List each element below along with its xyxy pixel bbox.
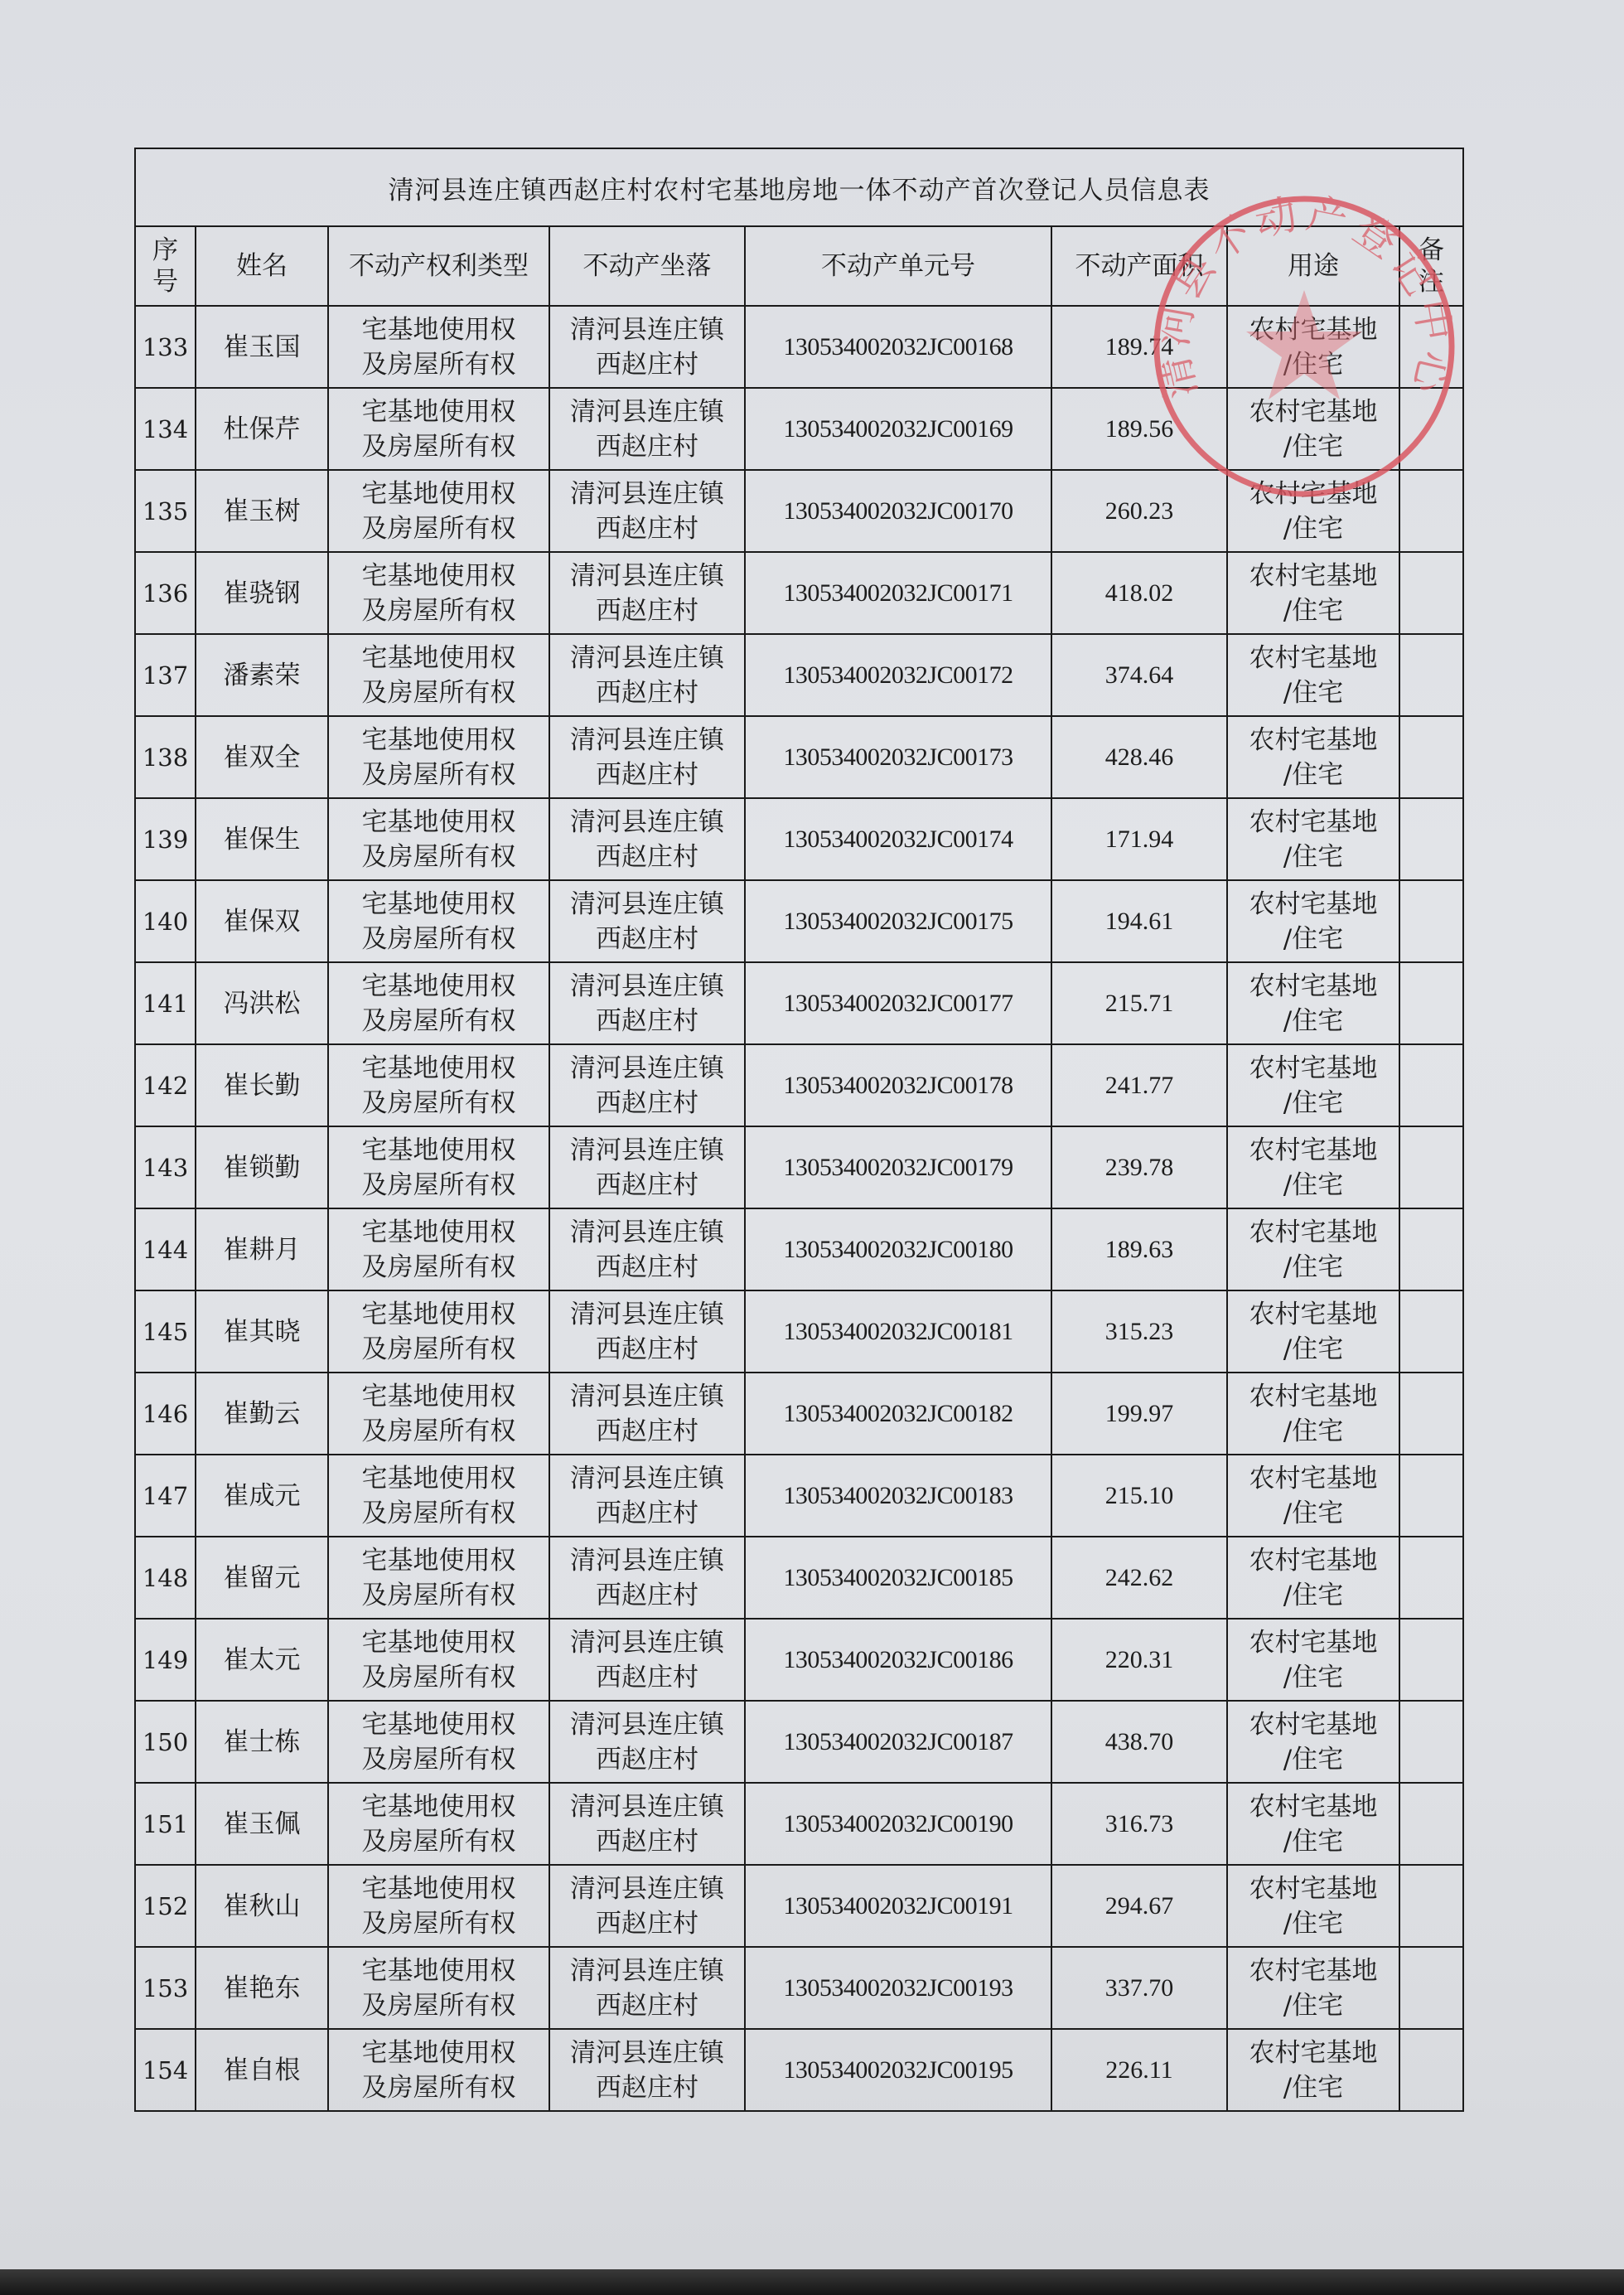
row-name: 崔太元	[196, 1619, 328, 1701]
table-row: 133崔玉国宅基地使用权及房屋所有权清河县连庄镇西赵庄村130534002032…	[135, 306, 1463, 388]
table-row: 145崔其晓宅基地使用权及房屋所有权清河县连庄镇西赵庄村130534002032…	[135, 1290, 1463, 1373]
row-usage: 农村宅基地/住宅	[1227, 1208, 1399, 1290]
row-remark	[1399, 1783, 1463, 1865]
row-remark	[1399, 388, 1463, 470]
row-unit-no: 130534002032JC00182	[745, 1373, 1051, 1455]
row-right-type: 宅基地使用权及房屋所有权	[328, 1044, 549, 1126]
row-right-type: 宅基地使用权及房屋所有权	[328, 1537, 549, 1619]
row-unit-no: 130534002032JC00181	[745, 1290, 1051, 1373]
row-right-type: 宅基地使用权及房屋所有权	[328, 388, 549, 470]
row-area: 194.61	[1051, 880, 1227, 962]
table-row: 142崔长勤宅基地使用权及房屋所有权清河县连庄镇西赵庄村130534002032…	[135, 1044, 1463, 1126]
row-area: 189.74	[1051, 306, 1227, 388]
row-remark	[1399, 1126, 1463, 1208]
row-right-type: 宅基地使用权及房屋所有权	[328, 1290, 549, 1373]
row-right-type: 宅基地使用权及房屋所有权	[328, 1947, 549, 2029]
row-name: 潘素荣	[196, 634, 328, 716]
header-usage: 用途	[1227, 226, 1399, 306]
row-usage: 农村宅基地/住宅	[1227, 1044, 1399, 1126]
row-remark	[1399, 470, 1463, 552]
row-unit-no: 130534002032JC00179	[745, 1126, 1051, 1208]
row-name: 崔锁勤	[196, 1126, 328, 1208]
row-remark	[1399, 1947, 1463, 2029]
row-no: 136	[135, 552, 196, 634]
row-no: 140	[135, 880, 196, 962]
row-no: 150	[135, 1701, 196, 1783]
row-right-type: 宅基地使用权及房屋所有权	[328, 962, 549, 1044]
row-no: 134	[135, 388, 196, 470]
row-no: 148	[135, 1537, 196, 1619]
row-name: 崔双全	[196, 716, 328, 798]
row-location: 清河县连庄镇西赵庄村	[549, 388, 745, 470]
row-area: 374.64	[1051, 634, 1227, 716]
row-name: 崔成元	[196, 1455, 328, 1537]
row-usage: 农村宅基地/住宅	[1227, 1126, 1399, 1208]
table-row: 147崔成元宅基地使用权及房屋所有权清河县连庄镇西赵庄村130534002032…	[135, 1455, 1463, 1537]
row-location: 清河县连庄镇西赵庄村	[549, 634, 745, 716]
row-location: 清河县连庄镇西赵庄村	[549, 798, 745, 880]
row-remark	[1399, 634, 1463, 716]
table-row: 149崔太元宅基地使用权及房屋所有权清河县连庄镇西赵庄村130534002032…	[135, 1619, 1463, 1701]
row-usage: 农村宅基地/住宅	[1227, 306, 1399, 388]
row-usage: 农村宅基地/住宅	[1227, 1619, 1399, 1701]
row-no: 138	[135, 716, 196, 798]
row-location: 清河县连庄镇西赵庄村	[549, 1865, 745, 1947]
row-location: 清河县连庄镇西赵庄村	[549, 1455, 745, 1537]
table-row: 154崔自根宅基地使用权及房屋所有权清河县连庄镇西赵庄村130534002032…	[135, 2029, 1463, 2111]
row-right-type: 宅基地使用权及房屋所有权	[328, 1208, 549, 1290]
table-row: 136崔骁钢宅基地使用权及房屋所有权清河县连庄镇西赵庄村130534002032…	[135, 552, 1463, 634]
row-no: 144	[135, 1208, 196, 1290]
row-unit-no: 130534002032JC00191	[745, 1865, 1051, 1947]
row-unit-no: 130534002032JC00173	[745, 716, 1051, 798]
header-row: 序 号 姓名 不动产权利类型 不动产坐落 不动产单元号 不动产面积 用途 备 注	[135, 226, 1463, 306]
row-location: 清河县连庄镇西赵庄村	[549, 552, 745, 634]
row-location: 清河县连庄镇西赵庄村	[549, 1619, 745, 1701]
table-title: 清河县连庄镇西赵庄村农村宅基地房地一体不动产首次登记人员信息表	[135, 148, 1463, 226]
row-name: 崔玉佩	[196, 1783, 328, 1865]
row-unit-no: 130534002032JC00183	[745, 1455, 1051, 1537]
row-usage: 农村宅基地/住宅	[1227, 552, 1399, 634]
row-area: 239.78	[1051, 1126, 1227, 1208]
table-row: 146崔勤云宅基地使用权及房屋所有权清河县连庄镇西赵庄村130534002032…	[135, 1373, 1463, 1455]
row-area: 220.31	[1051, 1619, 1227, 1701]
row-usage: 农村宅基地/住宅	[1227, 634, 1399, 716]
row-location: 清河县连庄镇西赵庄村	[549, 716, 745, 798]
row-name: 崔自根	[196, 2029, 328, 2111]
row-usage: 农村宅基地/住宅	[1227, 388, 1399, 470]
row-remark	[1399, 1701, 1463, 1783]
row-remark	[1399, 1373, 1463, 1455]
row-area: 171.94	[1051, 798, 1227, 880]
row-area: 418.02	[1051, 552, 1227, 634]
row-usage: 农村宅基地/住宅	[1227, 470, 1399, 552]
table-row: 143崔锁勤宅基地使用权及房屋所有权清河县连庄镇西赵庄村130534002032…	[135, 1126, 1463, 1208]
row-unit-no: 130534002032JC00193	[745, 1947, 1051, 2029]
row-location: 清河县连庄镇西赵庄村	[549, 1208, 745, 1290]
row-usage: 农村宅基地/住宅	[1227, 1701, 1399, 1783]
table-row: 152崔秋山宅基地使用权及房屋所有权清河县连庄镇西赵庄村130534002032…	[135, 1865, 1463, 1947]
row-unit-no: 130534002032JC00172	[745, 634, 1051, 716]
row-remark	[1399, 1619, 1463, 1701]
row-name: 崔其晓	[196, 1290, 328, 1373]
row-location: 清河县连庄镇西赵庄村	[549, 962, 745, 1044]
row-unit-no: 130534002032JC00187	[745, 1701, 1051, 1783]
row-unit-no: 130534002032JC00170	[745, 470, 1051, 552]
header-unit-no: 不动产单元号	[745, 226, 1051, 306]
row-location: 清河县连庄镇西赵庄村	[549, 306, 745, 388]
row-right-type: 宅基地使用权及房屋所有权	[328, 552, 549, 634]
row-right-type: 宅基地使用权及房屋所有权	[328, 1701, 549, 1783]
row-remark	[1399, 1455, 1463, 1537]
table-row: 135崔玉树宅基地使用权及房屋所有权清河县连庄镇西赵庄村130534002032…	[135, 470, 1463, 552]
row-name: 崔留元	[196, 1537, 328, 1619]
row-usage: 农村宅基地/住宅	[1227, 1290, 1399, 1373]
table-row: 140崔保双宅基地使用权及房屋所有权清河县连庄镇西赵庄村130534002032…	[135, 880, 1463, 962]
row-usage: 农村宅基地/住宅	[1227, 2029, 1399, 2111]
row-area: 428.46	[1051, 716, 1227, 798]
row-name: 冯洪松	[196, 962, 328, 1044]
row-name: 崔耕月	[196, 1208, 328, 1290]
row-usage: 农村宅基地/住宅	[1227, 1947, 1399, 2029]
row-unit-no: 130534002032JC00178	[745, 1044, 1051, 1126]
table-row: 139崔保生宅基地使用权及房屋所有权清河县连庄镇西赵庄村130534002032…	[135, 798, 1463, 880]
header-area: 不动产面积	[1051, 226, 1227, 306]
row-right-type: 宅基地使用权及房屋所有权	[328, 716, 549, 798]
row-area: 315.23	[1051, 1290, 1227, 1373]
row-right-type: 宅基地使用权及房屋所有权	[328, 1373, 549, 1455]
header-remark: 备 注	[1399, 226, 1463, 306]
row-area: 242.62	[1051, 1537, 1227, 1619]
row-right-type: 宅基地使用权及房屋所有权	[328, 1865, 549, 1947]
row-name: 崔艳东	[196, 1947, 328, 2029]
row-unit-no: 130534002032JC00190	[745, 1783, 1051, 1865]
row-area: 316.73	[1051, 1783, 1227, 1865]
row-no: 146	[135, 1373, 196, 1455]
row-remark	[1399, 552, 1463, 634]
row-unit-no: 130534002032JC00171	[745, 552, 1051, 634]
row-unit-no: 130534002032JC00174	[745, 798, 1051, 880]
row-name: 杜保芹	[196, 388, 328, 470]
row-area: 226.11	[1051, 2029, 1227, 2111]
row-remark	[1399, 1290, 1463, 1373]
photo-bottom-edge	[0, 2269, 1624, 2295]
header-no: 序 号	[135, 226, 196, 306]
table-row: 148崔留元宅基地使用权及房屋所有权清河县连庄镇西赵庄村130534002032…	[135, 1537, 1463, 1619]
row-remark	[1399, 1208, 1463, 1290]
row-no: 142	[135, 1044, 196, 1126]
row-usage: 农村宅基地/住宅	[1227, 1783, 1399, 1865]
row-location: 清河县连庄镇西赵庄村	[549, 1290, 745, 1373]
row-location: 清河县连庄镇西赵庄村	[549, 1126, 745, 1208]
row-area: 294.67	[1051, 1865, 1227, 1947]
row-no: 154	[135, 2029, 196, 2111]
row-unit-no: 130534002032JC00177	[745, 962, 1051, 1044]
row-right-type: 宅基地使用权及房屋所有权	[328, 1783, 549, 1865]
row-no: 139	[135, 798, 196, 880]
row-name: 崔勤云	[196, 1373, 328, 1455]
row-unit-no: 130534002032JC00169	[745, 388, 1051, 470]
row-area: 189.56	[1051, 388, 1227, 470]
row-remark	[1399, 1537, 1463, 1619]
table-row: 144崔耕月宅基地使用权及房屋所有权清河县连庄镇西赵庄村130534002032…	[135, 1208, 1463, 1290]
table-row: 151崔玉佩宅基地使用权及房屋所有权清河县连庄镇西赵庄村130534002032…	[135, 1783, 1463, 1865]
row-remark	[1399, 798, 1463, 880]
row-no: 152	[135, 1865, 196, 1947]
row-usage: 农村宅基地/住宅	[1227, 1865, 1399, 1947]
table-row: 153崔艳东宅基地使用权及房屋所有权清河县连庄镇西赵庄村130534002032…	[135, 1947, 1463, 2029]
row-right-type: 宅基地使用权及房屋所有权	[328, 2029, 549, 2111]
row-no: 145	[135, 1290, 196, 1373]
header-name: 姓名	[196, 226, 328, 306]
row-no: 147	[135, 1455, 196, 1537]
row-location: 清河县连庄镇西赵庄村	[549, 2029, 745, 2111]
row-location: 清河县连庄镇西赵庄村	[549, 1783, 745, 1865]
row-area: 199.97	[1051, 1373, 1227, 1455]
row-name: 崔保双	[196, 880, 328, 962]
row-location: 清河县连庄镇西赵庄村	[549, 1044, 745, 1126]
row-area: 215.10	[1051, 1455, 1227, 1537]
row-right-type: 宅基地使用权及房屋所有权	[328, 634, 549, 716]
header-right-type: 不动产权利类型	[328, 226, 549, 306]
table-row: 141冯洪松宅基地使用权及房屋所有权清河县连庄镇西赵庄村130534002032…	[135, 962, 1463, 1044]
table-row: 134杜保芹宅基地使用权及房屋所有权清河县连庄镇西赵庄村130534002032…	[135, 388, 1463, 470]
row-area: 189.63	[1051, 1208, 1227, 1290]
row-unit-no: 130534002032JC00195	[745, 2029, 1051, 2111]
row-area: 215.71	[1051, 962, 1227, 1044]
row-right-type: 宅基地使用权及房屋所有权	[328, 1126, 549, 1208]
row-remark	[1399, 880, 1463, 962]
row-remark	[1399, 962, 1463, 1044]
row-name: 崔长勤	[196, 1044, 328, 1126]
row-remark	[1399, 306, 1463, 388]
row-no: 143	[135, 1126, 196, 1208]
row-area: 438.70	[1051, 1701, 1227, 1783]
row-usage: 农村宅基地/住宅	[1227, 1537, 1399, 1619]
row-remark	[1399, 2029, 1463, 2111]
header-location: 不动产坐落	[549, 226, 745, 306]
row-no: 137	[135, 634, 196, 716]
row-location: 清河县连庄镇西赵庄村	[549, 880, 745, 962]
row-remark	[1399, 1044, 1463, 1126]
row-location: 清河县连庄镇西赵庄村	[549, 1373, 745, 1455]
row-unit-no: 130534002032JC00175	[745, 880, 1051, 962]
registration-table: 清河县连庄镇西赵庄村农村宅基地房地一体不动产首次登记人员信息表 序 号 姓名 不…	[134, 148, 1464, 2112]
row-location: 清河县连庄镇西赵庄村	[549, 1701, 745, 1783]
row-remark	[1399, 1865, 1463, 1947]
row-location: 清河县连庄镇西赵庄村	[549, 1537, 745, 1619]
row-area: 260.23	[1051, 470, 1227, 552]
row-name: 崔秋山	[196, 1865, 328, 1947]
row-name: 崔玉树	[196, 470, 328, 552]
row-unit-no: 130534002032JC00185	[745, 1537, 1051, 1619]
row-right-type: 宅基地使用权及房屋所有权	[328, 1619, 549, 1701]
table-row: 137潘素荣宅基地使用权及房屋所有权清河县连庄镇西赵庄村130534002032…	[135, 634, 1463, 716]
row-name: 崔士栋	[196, 1701, 328, 1783]
row-area: 241.77	[1051, 1044, 1227, 1126]
row-location: 清河县连庄镇西赵庄村	[549, 1947, 745, 2029]
row-no: 135	[135, 470, 196, 552]
row-right-type: 宅基地使用权及房屋所有权	[328, 880, 549, 962]
row-no: 149	[135, 1619, 196, 1701]
row-name: 崔保生	[196, 798, 328, 880]
row-unit-no: 130534002032JC00186	[745, 1619, 1051, 1701]
table-row: 150崔士栋宅基地使用权及房屋所有权清河县连庄镇西赵庄村130534002032…	[135, 1701, 1463, 1783]
row-usage: 农村宅基地/住宅	[1227, 880, 1399, 962]
row-usage: 农村宅基地/住宅	[1227, 716, 1399, 798]
row-remark	[1399, 716, 1463, 798]
row-usage: 农村宅基地/住宅	[1227, 798, 1399, 880]
row-usage: 农村宅基地/住宅	[1227, 1455, 1399, 1537]
row-right-type: 宅基地使用权及房屋所有权	[328, 1455, 549, 1537]
row-right-type: 宅基地使用权及房屋所有权	[328, 798, 549, 880]
row-unit-no: 130534002032JC00168	[745, 306, 1051, 388]
row-no: 153	[135, 1947, 196, 2029]
row-no: 151	[135, 1783, 196, 1865]
row-usage: 农村宅基地/住宅	[1227, 962, 1399, 1044]
row-right-type: 宅基地使用权及房屋所有权	[328, 306, 549, 388]
row-area: 337.70	[1051, 1947, 1227, 2029]
table-row: 138崔双全宅基地使用权及房屋所有权清河县连庄镇西赵庄村130534002032…	[135, 716, 1463, 798]
row-unit-no: 130534002032JC00180	[745, 1208, 1051, 1290]
row-name: 崔玉国	[196, 306, 328, 388]
row-name: 崔骁钢	[196, 552, 328, 634]
row-location: 清河县连庄镇西赵庄村	[549, 470, 745, 552]
row-no: 141	[135, 962, 196, 1044]
row-right-type: 宅基地使用权及房屋所有权	[328, 470, 549, 552]
row-usage: 农村宅基地/住宅	[1227, 1373, 1399, 1455]
row-no: 133	[135, 306, 196, 388]
